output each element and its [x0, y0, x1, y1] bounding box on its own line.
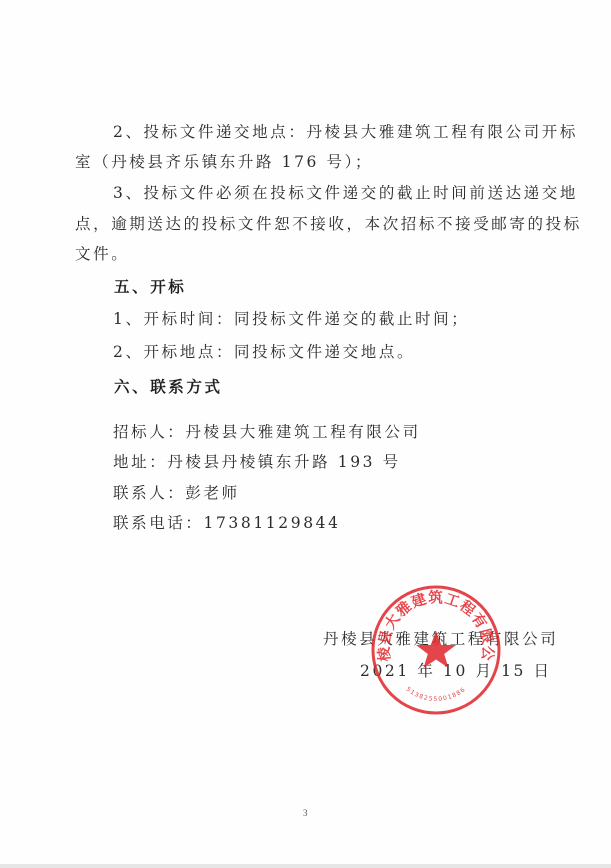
svg-text:5138255001886: 5138255001886	[405, 686, 468, 703]
bid-opening-location: 2、开标地点：同投标文件递交地点。	[113, 342, 415, 362]
paragraph-deadline-line3: 文件。	[75, 244, 129, 264]
page-number: 3	[303, 808, 308, 818]
company-seal-stamp: 丹棱县大雅建筑工程有限公司 5138255001886	[369, 583, 503, 717]
contact-tenderer: 招标人：丹棱县大雅建筑工程有限公司	[113, 422, 421, 442]
paragraph-deadline-line2: 点，逾期送达的投标文件恕不接收，本次招标不接受邮寄的投标	[75, 214, 582, 234]
contact-person: 联系人：彭老师	[113, 483, 240, 503]
paragraph-deadline-line1: 3、投标文件必须在投标文件递交的截止时间前送达递交地	[113, 183, 578, 203]
paragraph-submit-location-line1: 2、投标文件递交地点：丹棱县大雅建筑工程有限公司开标	[113, 122, 578, 142]
bid-opening-time: 1、开标时间：同投标文件递交的截止时间；	[113, 309, 469, 329]
section-heading-bid-opening: 五、开标	[114, 277, 186, 297]
page-bottom-edge	[0, 864, 611, 868]
document-page: 2、投标文件递交地点：丹棱县大雅建筑工程有限公司开标 室（丹棱县齐乐镇东升路 1…	[0, 0, 611, 868]
section-heading-contact: 六、联系方式	[114, 377, 223, 397]
contact-address: 地址：丹棱县丹棱镇东升路 193 号	[113, 452, 401, 472]
paragraph-submit-location-line2: 室（丹棱县齐乐镇东升路 176 号）；	[75, 152, 373, 172]
stamp-serial: 5138255001886	[405, 686, 468, 703]
contact-phone: 联系电话：17381129844	[113, 513, 341, 533]
